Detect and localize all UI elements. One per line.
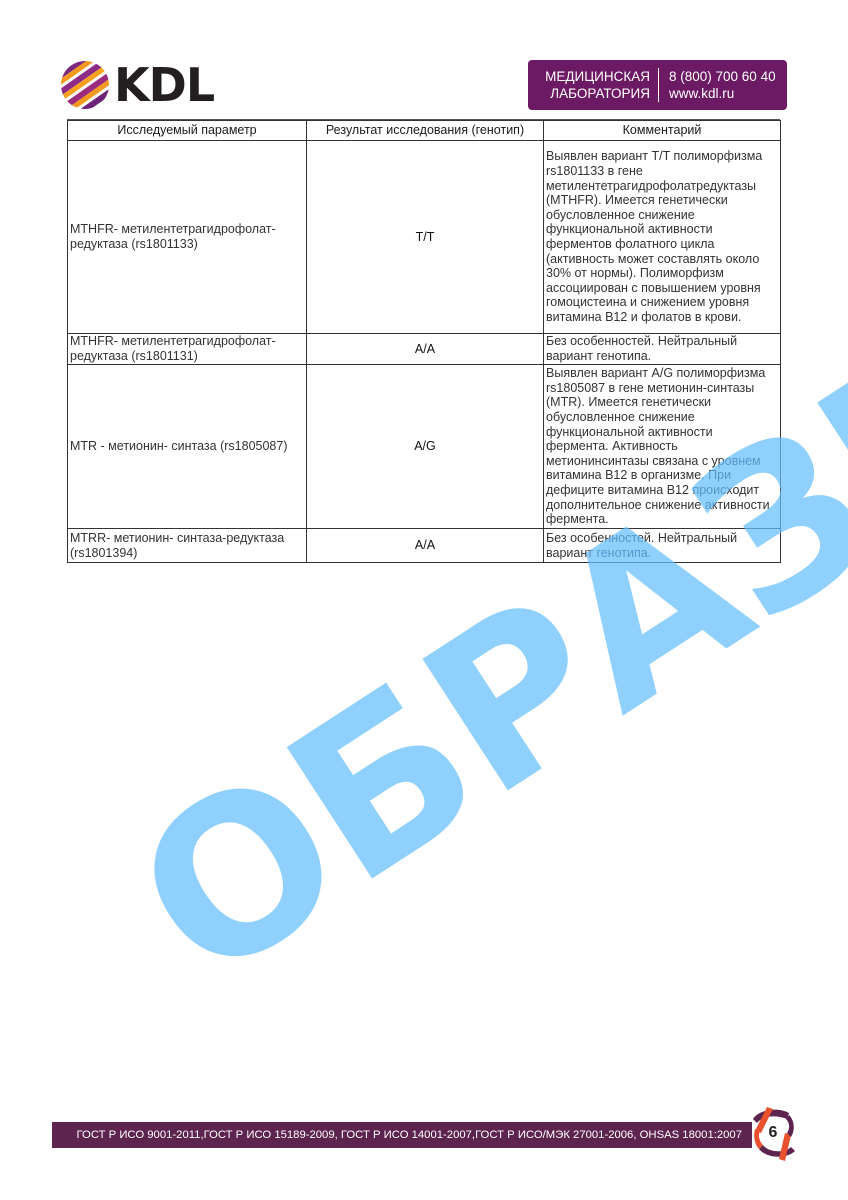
brand-line-2: ЛАБОРАТОРИЯ <box>528 85 650 102</box>
column-header-comment: Комментарий <box>544 121 781 141</box>
column-header-parameter: Исследуемый параметр <box>68 121 307 141</box>
footer-standards-bar: ГОСТ Р ИСО 9001-2011,ГОСТ Р ИСО 15189-20… <box>52 1122 752 1148</box>
phone-number[interactable]: 8 (800) 700 60 40 <box>669 68 776 85</box>
comment-cell: Без особенностей. Нейтральный вариант ге… <box>544 334 781 365</box>
column-header-result: Результат исследования (генотип) <box>307 121 544 141</box>
page-number: 6 <box>758 1124 788 1142</box>
globe-logo-icon <box>60 60 110 110</box>
table-header-row: Исследуемый параметр Результат исследова… <box>68 121 781 141</box>
result-cell: T/T <box>307 141 544 334</box>
parameter-cell: MTRR- метионин- синтаза-редуктаза (rs180… <box>68 529 307 563</box>
table-row: MTHFR- метилентетрагидрофолат-редуктаза … <box>68 334 781 365</box>
result-cell: A/A <box>307 529 544 563</box>
result-cell: A/G <box>307 365 544 529</box>
website-link[interactable]: www.kdl.ru <box>669 85 776 102</box>
kdl-logo: KDL <box>60 60 214 110</box>
brand-contact-box: МЕДИЦИНСКАЯ ЛАБОРАТОРИЯ 8 (800) 700 60 4… <box>528 60 787 110</box>
table-row: MTHFR- метилентетрагидрофолат-редуктаза … <box>68 141 781 334</box>
comment-cell: Выявлен вариант T/T полиморфизма rs18011… <box>544 141 781 334</box>
comment-cell: Выявлен вариант A/G полиморфизма rs18050… <box>544 365 781 529</box>
brand-contacts: 8 (800) 700 60 40 www.kdl.ru <box>659 68 776 102</box>
parameter-cell: MTHFR- метилентетрагидрофолат-редуктаза … <box>68 141 307 334</box>
parameter-cell: MTHFR- метилентетрагидрофолат-редуктаза … <box>68 334 307 365</box>
comment-cell: Без особенностей. Нейтральный вариант ге… <box>544 529 781 563</box>
brand-line-1: МЕДИЦИНСКАЯ <box>528 68 650 85</box>
parameter-cell: MTR - метионин- синтаза (rs1805087) <box>68 365 307 529</box>
result-cell: A/A <box>307 334 544 365</box>
standards-text: ГОСТ Р ИСО 9001-2011,ГОСТ Р ИСО 15189-20… <box>77 1129 742 1141</box>
table-row: MTR - метионин- синтаза (rs1805087) A/G … <box>68 365 781 529</box>
brand-name: МЕДИЦИНСКАЯ ЛАБОРАТОРИЯ <box>528 68 658 102</box>
logo-text: KDL <box>114 60 214 110</box>
table-row: MTRR- метионин- синтаза-редуктаза (rs180… <box>68 529 781 563</box>
genotype-results-table: Исследуемый параметр Результат исследова… <box>67 120 781 563</box>
